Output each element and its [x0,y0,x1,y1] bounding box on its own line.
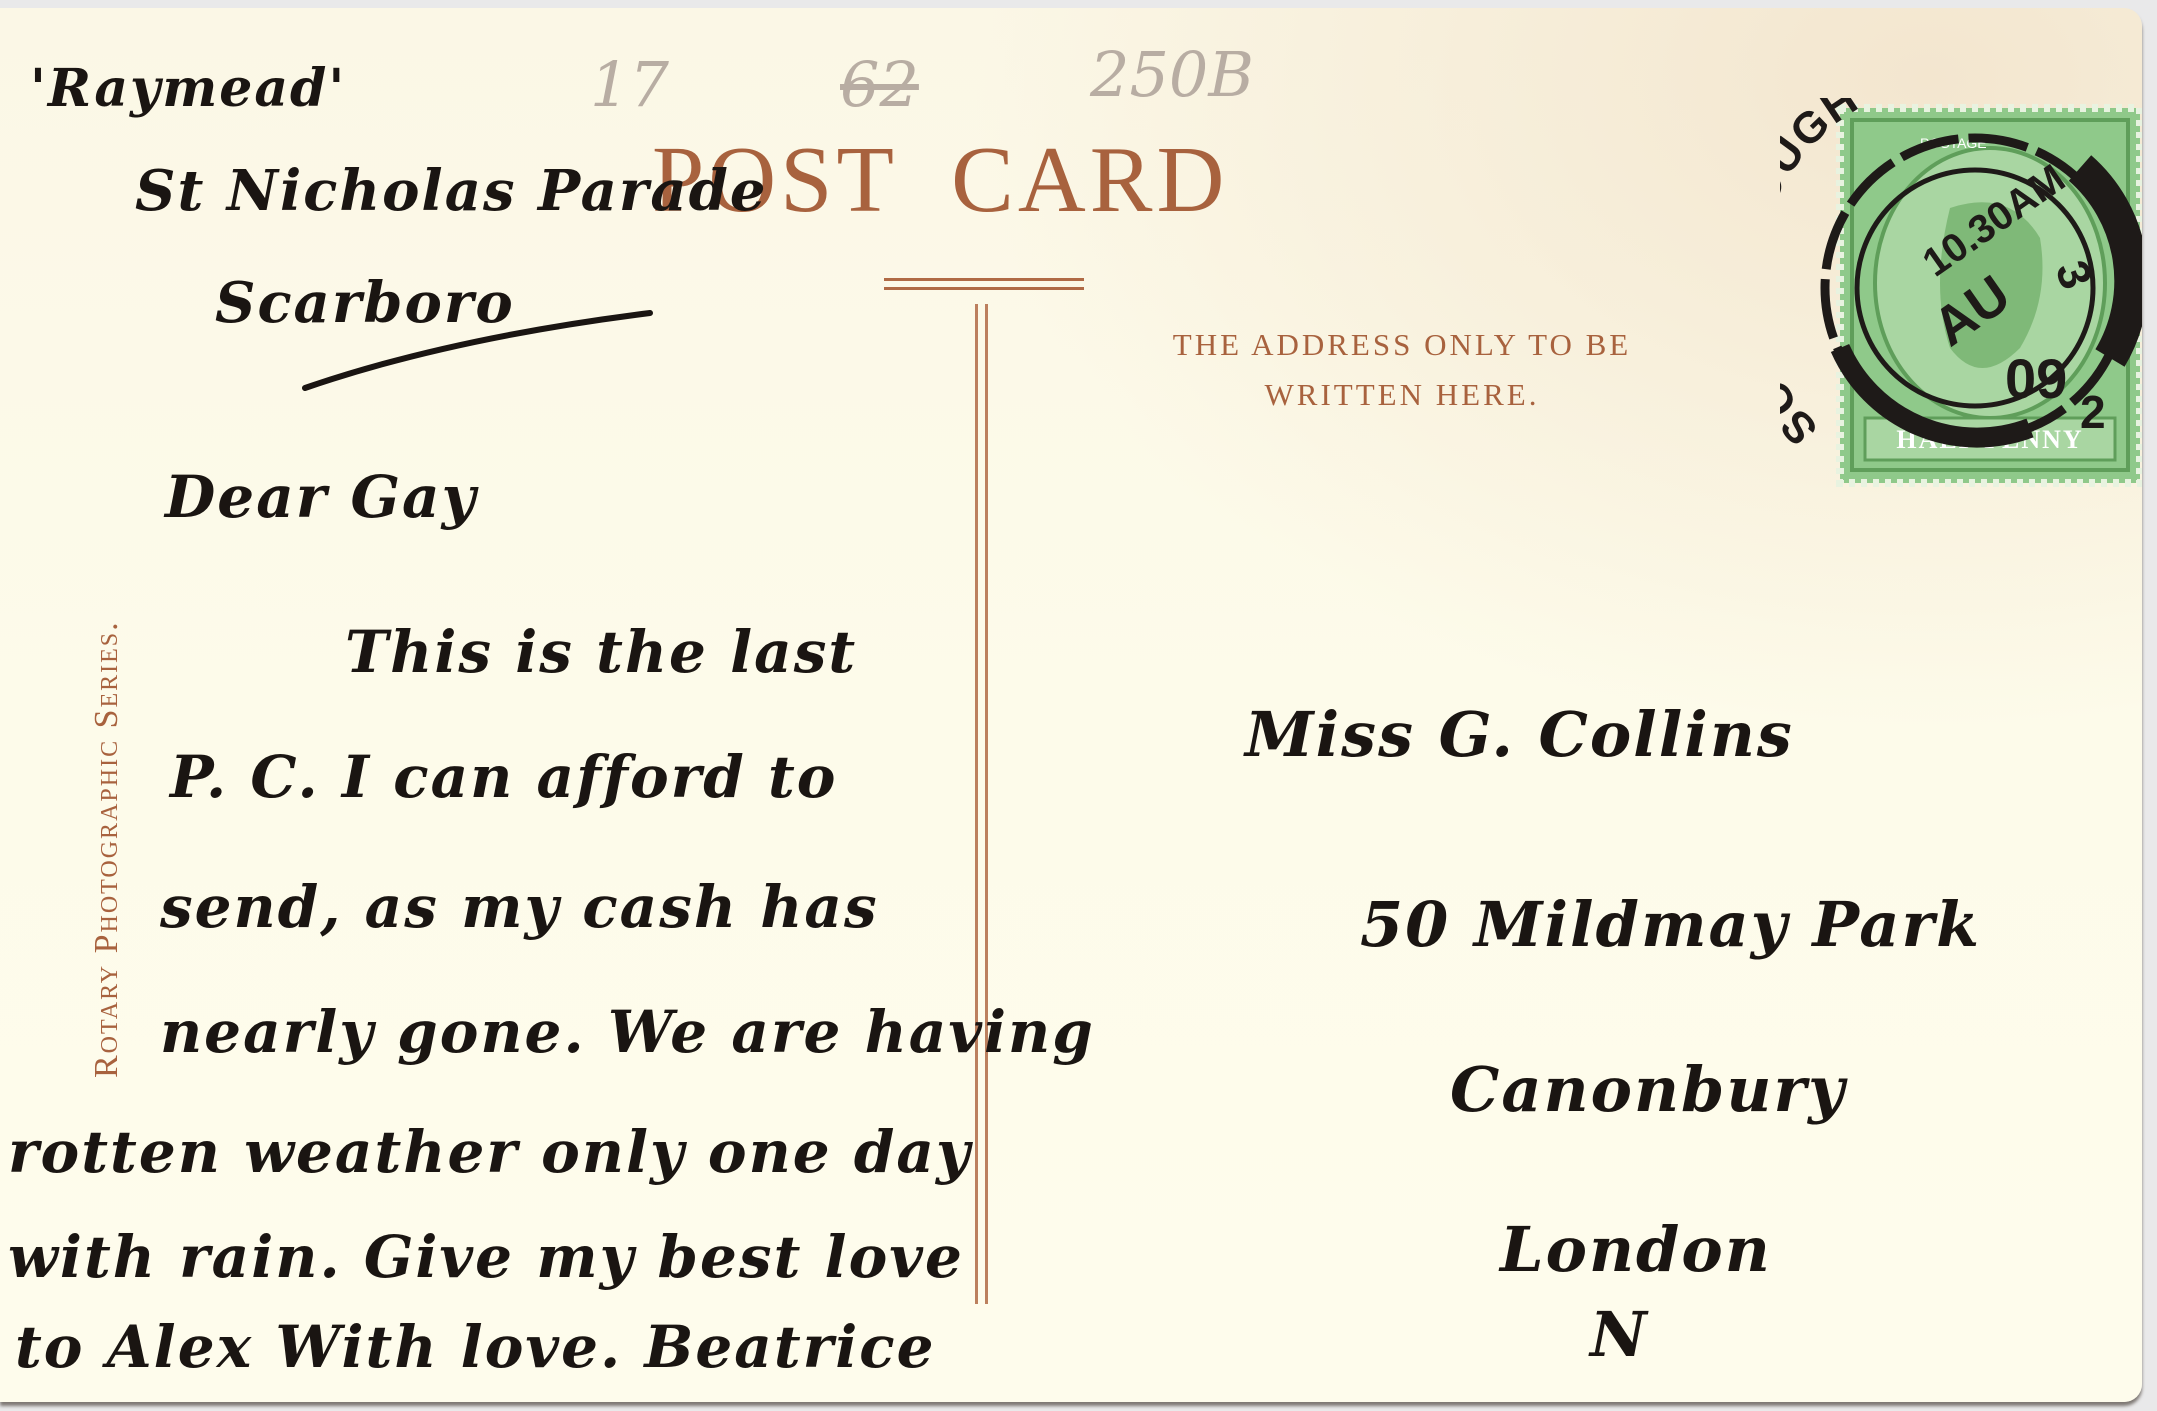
message-line-5: rotten weather only one day [8,1118,972,1186]
recipient-city: London [1500,1213,1772,1286]
divider-vertical-rule-2 [985,304,988,1304]
recipient-district: Canonbury [1450,1053,1846,1126]
message-line-3: send, as my cash has [160,873,879,941]
message-line-1: This is the last [345,618,857,686]
message-line-4: nearly gone. We are having [160,998,1095,1066]
divider-top-rule-2 [884,287,1084,290]
recipient-street: 50 Mildmay Park [1360,888,1981,961]
svg-text:09: 09 [2005,347,2067,410]
sender-address-line2: St Nicholas Parade [135,158,767,224]
message-salutation: Dear Gay [165,463,477,531]
publisher-series-label: Rotary Photographic Series. [88,620,126,1078]
pencil-note-62-crossed: 62 [840,48,919,121]
underline-flourish [300,298,660,398]
stamp: HALF PENNY POSTAGE 10.30AM AU 3 09 2 SCA… [1780,98,2142,518]
sender-address-line1: 'Raymead' [30,58,346,119]
recipient-name: Miss G. Collins [1245,698,1794,771]
divider-top-rule [884,278,1084,281]
postcard: 17 62 250B POST CARD THE ADDRESS ONLY TO… [0,8,2142,1402]
divider-vertical-rule [975,304,978,1304]
pencil-note-250b: 250B [1090,38,1254,111]
stamp-with-postmark-icon: HALF PENNY POSTAGE 10.30AM AU 3 09 2 SCA… [1780,98,2142,518]
address-instruction: THE ADDRESS ONLY TO BE WRITTEN HERE. [1052,320,1752,420]
message-line-7: to Alex With love. Beatrice [15,1313,936,1381]
pencil-note-17: 17 [590,48,669,121]
message-line-6: with rain. Give my best love [8,1223,964,1291]
recipient-postal-district: N [1590,1298,1649,1371]
message-line-2: P. C. I can afford to [170,743,837,811]
svg-text:2: 2 [2080,386,2106,438]
